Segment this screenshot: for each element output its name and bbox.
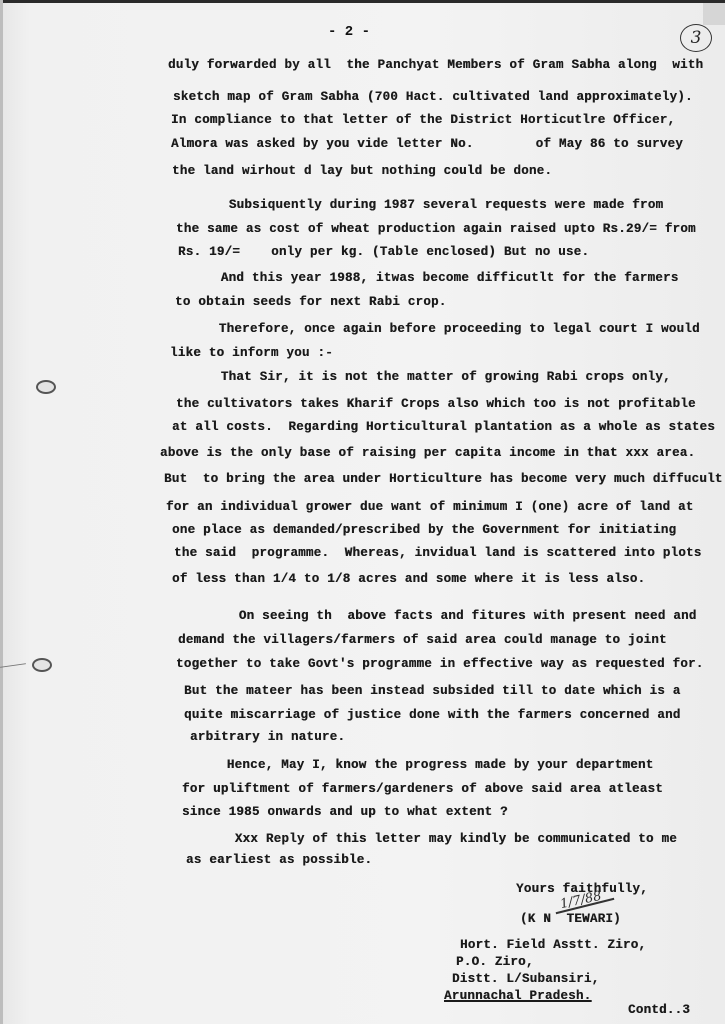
body-line: Subsiquently during 1987 several request… — [190, 198, 663, 212]
folio-number-circled: 3 — [680, 24, 712, 52]
body-line: Xxx Reply of this letter may kindly be c… — [196, 832, 677, 846]
page-left-edge — [0, 0, 3, 1024]
body-line: as earliest as possible. — [186, 853, 372, 867]
address-line: P.O. Ziro, — [456, 955, 534, 969]
body-line: demand the villagers/farmers of said are… — [178, 633, 667, 647]
continuation-note: Contd..3 — [628, 1003, 690, 1017]
body-line: sketch map of Gram Sabha (700 Hact. cult… — [173, 90, 693, 104]
punch-hole-bottom — [32, 658, 52, 672]
punch-hole-top — [36, 380, 56, 394]
body-line: one place as demanded/prescribed by the … — [172, 523, 676, 537]
body-line: In compliance to that letter of the Dist… — [171, 113, 675, 127]
body-line: to obtain seeds for next Rabi crop. — [175, 295, 447, 309]
body-line: On seeing th above facts and fitures wit… — [200, 609, 696, 623]
body-line: That Sir, it is not the matter of growin… — [182, 370, 671, 384]
margin-mark — [0, 663, 26, 668]
address-line: Hort. Field Asstt. Ziro, — [460, 938, 646, 952]
address-line: Distt. L/Subansiri, — [452, 972, 599, 986]
body-line: of less than 1/4 to 1/8 acres and some w… — [172, 572, 645, 586]
body-line: duly forwarded by all the Panchyat Membe… — [168, 58, 703, 72]
body-line: the land wirhout d lay but nothing could… — [172, 164, 552, 178]
signatory-name: (K N TEWARI) — [520, 912, 621, 926]
page-number-header: - 2 - — [328, 24, 370, 40]
body-line: Rs. 19/= only per kg. (Table enclosed) B… — [178, 245, 589, 259]
page-top-edge — [0, 0, 725, 3]
body-line: But the mateer has been instead subsided… — [184, 684, 680, 698]
address-line: Arunnachal Pradesh. — [444, 989, 591, 1003]
document-page: - 2 - 3 duly forwarded by all the Panchy… — [0, 0, 725, 1024]
body-line: for an individual grower due want of min… — [166, 500, 694, 514]
body-line: the same as cost of wheat production aga… — [176, 222, 696, 236]
body-line: And this year 1988, itwas become difficu… — [182, 271, 678, 285]
body-line: together to take Govt's programme in eff… — [176, 657, 704, 671]
body-line: Hence, May I, know the progress made by … — [188, 758, 653, 772]
body-line: above is the only base of raising per ca… — [160, 446, 695, 460]
body-line: But to bring the area under Horticulture… — [164, 472, 723, 486]
corner-fold — [703, 3, 725, 25]
body-line: the said programme. Whereas, invidual la… — [174, 546, 702, 560]
body-line: quite miscarriage of justice done with t… — [184, 708, 680, 722]
body-line: Therefore, once again before proceeding … — [180, 322, 700, 336]
body-line: at all costs. Regarding Horticultural pl… — [172, 420, 715, 434]
body-line: for upliftment of farmers/gardeners of a… — [182, 782, 663, 796]
body-line: like to inform you :- — [170, 346, 333, 360]
body-line: the cultivators takes Kharif Crops also … — [176, 397, 696, 411]
body-line: Almora was asked by you vide letter No. … — [171, 137, 683, 151]
body-line: since 1985 onwards and up to what extent… — [182, 805, 508, 819]
body-line: arbitrary in nature. — [190, 730, 345, 744]
